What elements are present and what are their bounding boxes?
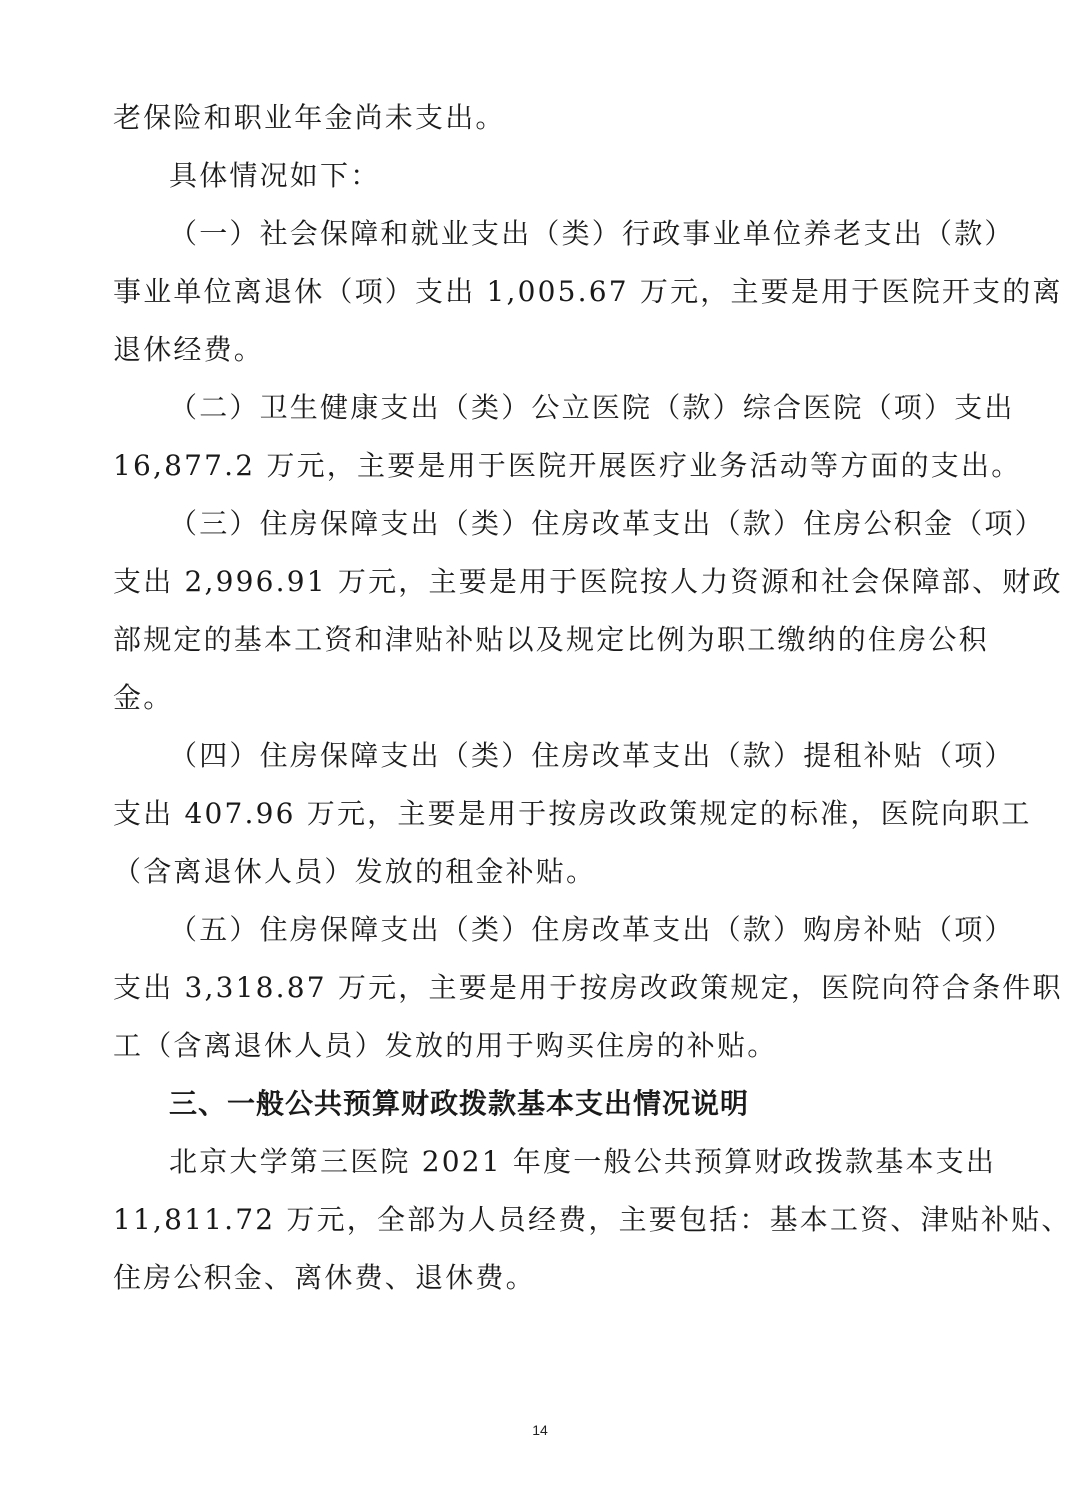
paragraph-line: （三）住房保障支出（类）住房改革支出（款）住房公积金（项） (169, 504, 1045, 544)
paragraph-line: 北京大学第三医院 2021 年度一般公共预算财政拨款基本支出 (169, 1142, 996, 1182)
paragraph-line: 支出 407.96 万元，主要是用于按房改政策规定的标准，医院向职工 (113, 794, 1032, 834)
paragraph-line: （二）卫生健康支出（类）公立医院（款）综合医院（项）支出 (169, 388, 1015, 428)
paragraph-line: 金。 (113, 678, 173, 718)
section-heading: 三、一般公共预算财政拨款基本支出情况说明 (169, 1084, 749, 1124)
paragraph-line: 具体情况如下： (169, 156, 380, 196)
paragraph-line: 16,877.2 万元，主要是用于医院开展医疗业务活动等方面的支出。 (113, 446, 1021, 486)
paragraph-line: （含离退休人员）发放的租金补贴。 (113, 852, 596, 892)
paragraph-line: 支出 3,318.87 万元，主要是用于按房改政策规定，医院向符合条件职 (113, 968, 1063, 1008)
paragraph-line: 工（含离退休人员）发放的用于购买住房的补贴。 (113, 1026, 777, 1066)
paragraph-line: 支出 2,996.91 万元，主要是用于医院按人力资源和社会保障部、财政 (113, 562, 1063, 602)
paragraph-line: （四）住房保障支出（类）住房改革支出（款）提租补贴（项） (169, 736, 1015, 776)
paragraph-line: （五）住房保障支出（类）住房改革支出（款）购房补贴（项） (169, 910, 1015, 950)
paragraph-line: 老保险和职业年金尚未支出。 (113, 98, 506, 138)
paragraph-line: 住房公积金、离休费、退休费。 (113, 1258, 536, 1298)
paragraph-line: （一）社会保障和就业支出（类）行政事业单位养老支出（款） (169, 214, 1015, 254)
paragraph-line: 事业单位离退休（项）支出 1,005.67 万元，主要是用于医院开支的离 (113, 272, 1063, 312)
paragraph-line: 退休经费。 (113, 330, 264, 370)
page-number: 14 (0, 1422, 1080, 1438)
paragraph-line: 11,811.72 万元，全部为人员经费，主要包括：基本工资、津贴补贴、 (113, 1200, 1072, 1240)
paragraph-line: 部规定的基本工资和津贴补贴以及规定比例为职工缴纳的住房公积 (113, 620, 989, 660)
